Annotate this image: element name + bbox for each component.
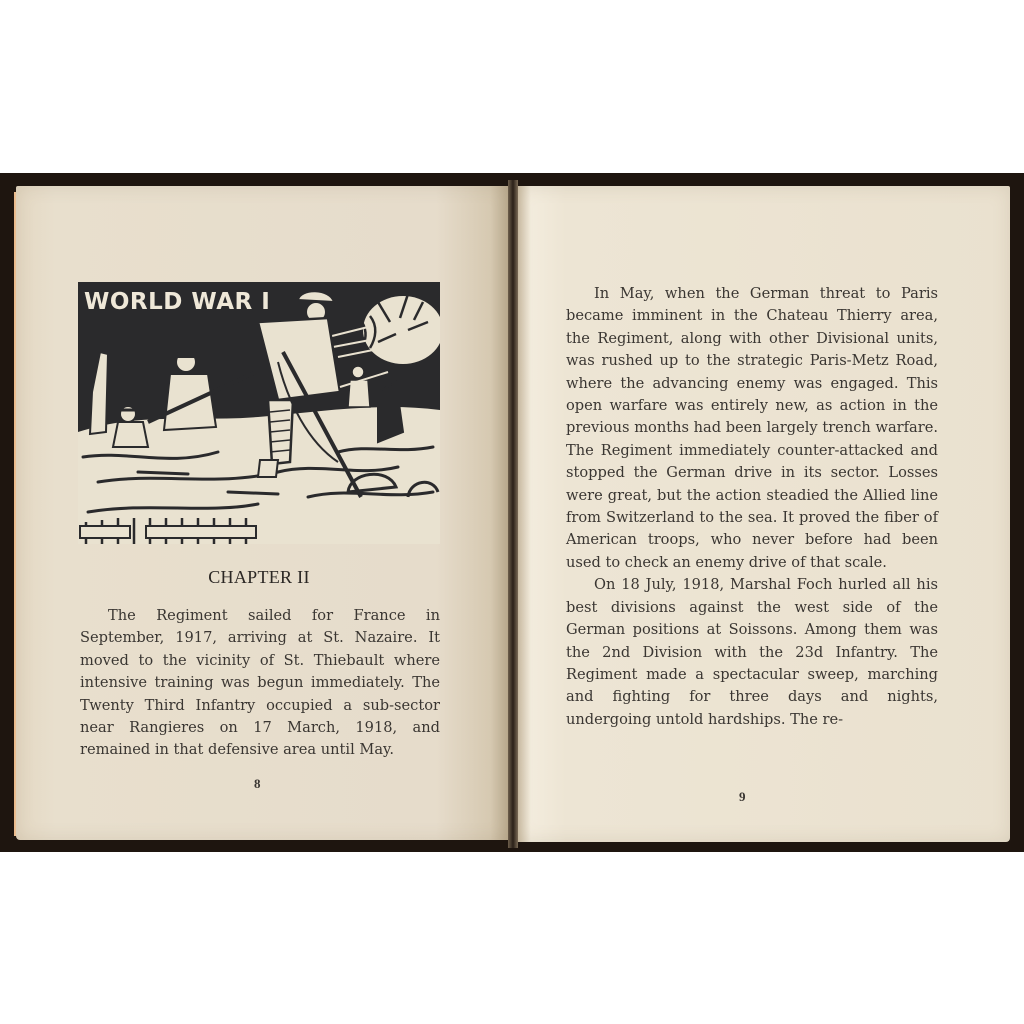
paragraph: In May, when the German threat to Paris … <box>566 283 938 574</box>
page-number-left: 8 <box>254 776 261 792</box>
soldiers-trench-drawing-icon <box>78 282 440 544</box>
illustration-title: WORLD WAR I <box>84 289 270 315</box>
page-number-right: 9 <box>739 789 746 805</box>
world-war-i-illustration: WORLD WAR I <box>78 282 440 544</box>
chapter-heading: CHAPTER II <box>78 567 440 588</box>
right-page-body: In May, when the German threat to Paris … <box>566 283 938 731</box>
left-page-body: The Regiment sailed for France in Septem… <box>80 605 440 762</box>
paragraph: On 18 July, 1918, Marshal Foch hurled al… <box>566 574 938 731</box>
book-gutter <box>508 180 518 848</box>
paragraph: The Regiment sailed for France in Septem… <box>80 605 440 762</box>
